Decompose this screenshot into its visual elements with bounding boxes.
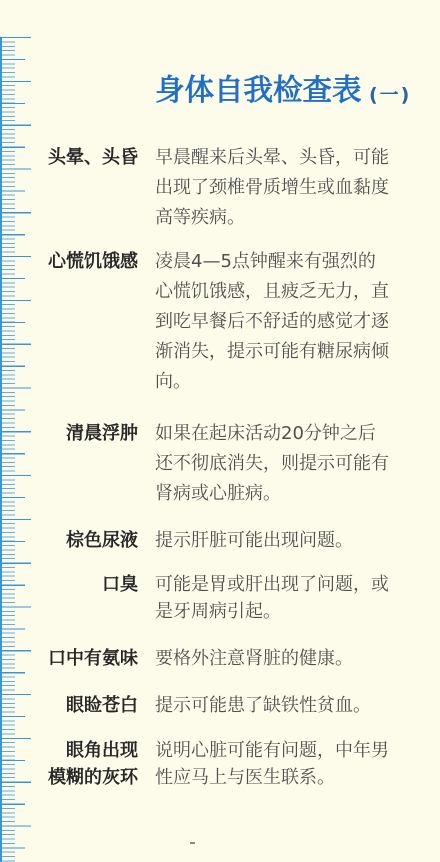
symptom-label: 眼睑苍白 [0,691,138,721]
symptom-label-line: 清晨浮肿 [0,419,138,449]
symptom-description: 凌晨4—5点钟醒来有强烈的 心慌饥饿感，且疲乏无力，直 到吃早餐后不舒适的感觉才… [155,247,389,397]
description-line: 如果在起床活动20分钟之后 [155,419,389,449]
symptom-label-line: 棕色尿液 [0,526,138,556]
symptom-description: 要格外注意肾脏的健康。 [155,644,353,674]
description-line: 凌晨4—5点钟醒来有强烈的 [155,247,389,277]
description-line: 还不彻底消失，则提示可能有 [155,449,389,479]
page-title: 身体自我检查表 [155,75,362,105]
description-line: 出现了颈椎骨质增生或血黏度 [155,173,389,203]
description-line: 到吃早餐后不舒适的感觉才逐 [155,307,389,337]
symptom-label-line: 心慌饥饿感 [0,247,138,277]
description-line: 提示肝脏可能出现问题。 [155,526,353,556]
description-line: 心慌饥饿感，且疲乏无力，直 [155,277,389,307]
page-title-part-number: (一) [369,85,411,105]
description-line: 提示可能患了缺铁性贫血。 [155,691,371,721]
symptom-label-line: 头晕、头昏 [0,143,138,173]
symptom-description: 说明心脏可能有问题，中年男 性应马上与医生联系。 [155,737,389,791]
description-line: 可能是胃或肝出现了问题，或 [155,571,389,598]
description-line: 渐消失，提示可能有糖尿病倾 [155,337,389,367]
symptom-description: 可能是胃或肝出现了问题，或 是牙周病引起。 [155,571,389,625]
symptom-label-line: 眼角出现 [0,737,138,764]
symptom-label-line: 眼睑苍白 [0,691,138,721]
description-line: 说明心脏可能有问题，中年男 [155,737,389,764]
description-line: 性应马上与医生联系。 [155,764,389,791]
description-line: 早晨醒来后头晕、头昏，可能 [155,143,389,173]
symptom-label: 棕色尿液 [0,526,138,556]
symptom-label: 心慌饥饿感 [0,247,138,277]
description-line: 要格外注意肾脏的健康。 [155,644,353,674]
symptom-label: 清晨浮肿 [0,419,138,449]
description-line: 高等疾病。 [155,203,389,233]
symptom-description: 早晨醒来后头晕、头昏，可能 出现了颈椎骨质增生或血黏度 高等疾病。 [155,143,389,233]
symptom-label-line: 模糊的灰环 [0,764,138,791]
symptom-label: 眼角出现 模糊的灰环 [0,737,138,791]
description-line: 肾病或心脏病。 [155,479,389,509]
page-mark [190,842,195,844]
symptom-label: 头晕、头昏 [0,143,138,173]
symptom-description: 如果在起床活动20分钟之后 还不彻底消失，则提示可能有 肾病或心脏病。 [155,419,389,509]
symptom-label-line: 口臭 [0,571,138,598]
symptom-label: 口中有氨味 [0,644,138,674]
description-line: 是牙周病引起。 [155,598,389,625]
symptom-description: 提示肝脏可能出现问题。 [155,526,353,556]
symptom-label: 口臭 [0,571,138,598]
description-line: 向。 [155,367,389,397]
symptom-description: 提示可能患了缺铁性贫血。 [155,691,371,721]
symptom-label-line: 口中有氨味 [0,644,138,674]
